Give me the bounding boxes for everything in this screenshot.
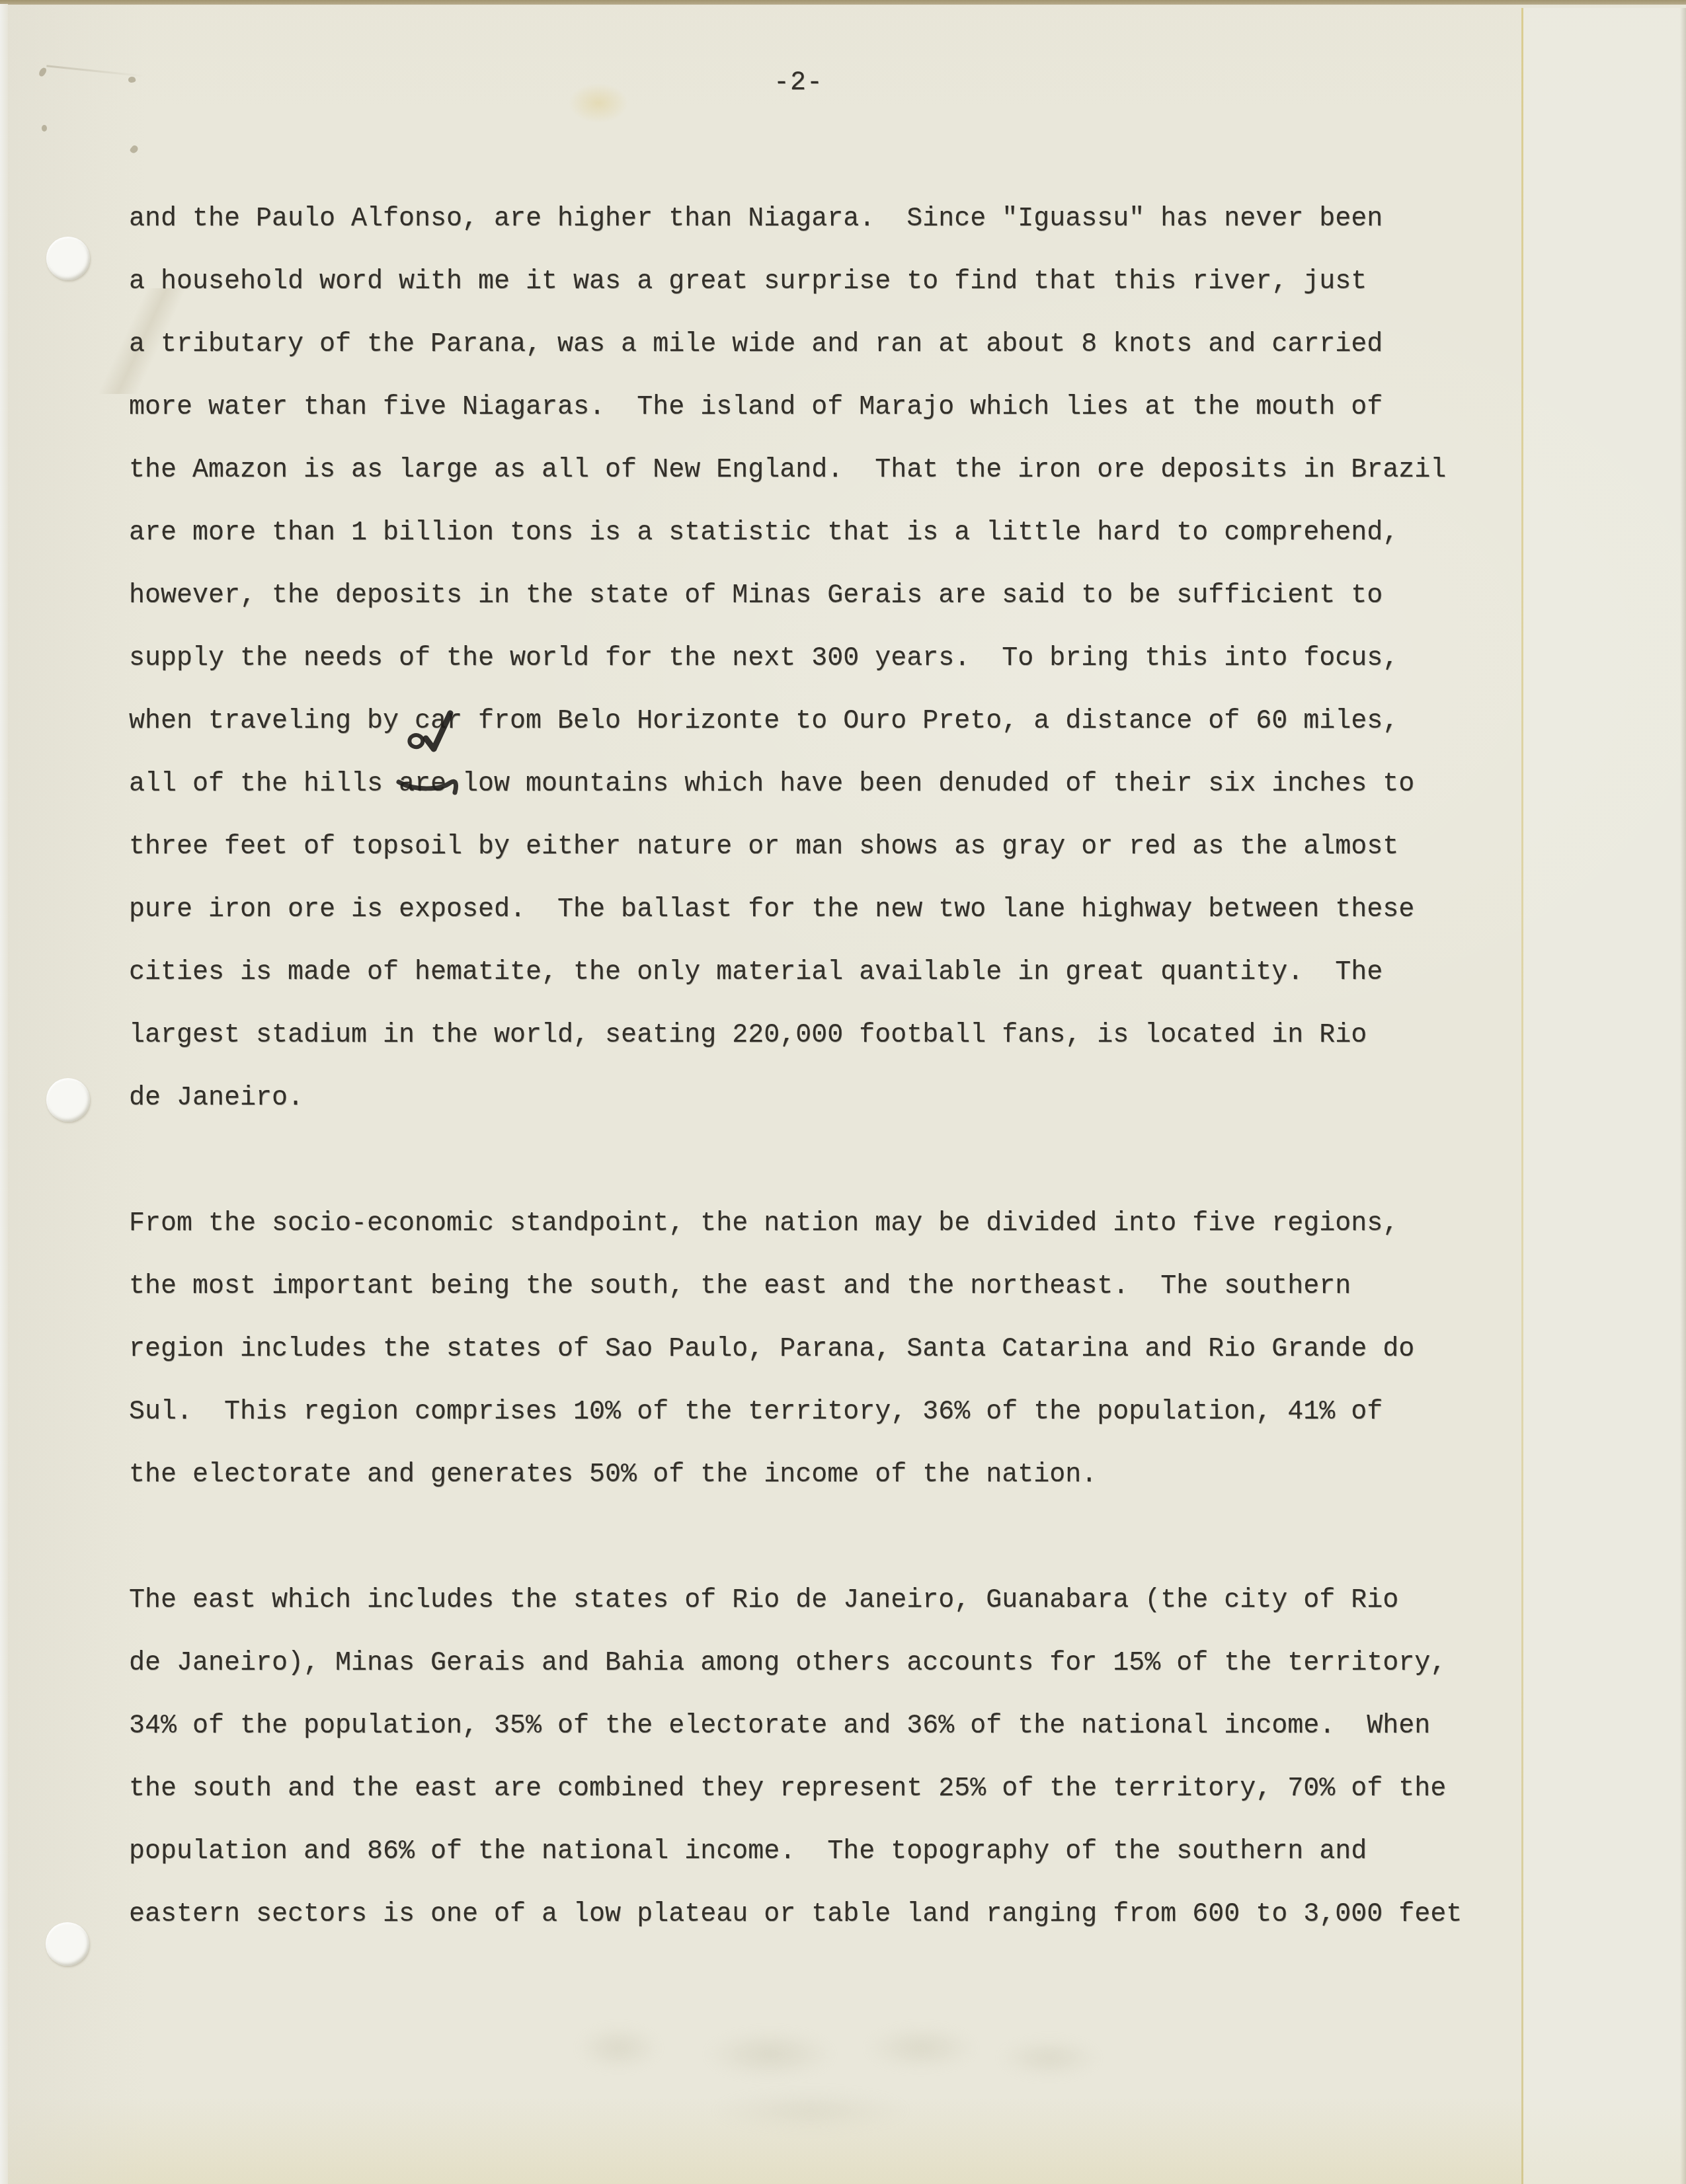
typed-line: cities is made of hematite, the only mat…: [129, 941, 1511, 1004]
typed-text-block: and the Paulo Alfonso, are higher than N…: [129, 188, 1511, 1946]
struck-typed-word: are: [399, 769, 446, 799]
typed-line: From the socio-economic standpoint, the …: [129, 1192, 1511, 1255]
punch-hole-middle: [46, 1078, 90, 1122]
typed-line: the electorate and generates 50% of the …: [129, 1444, 1511, 1506]
paper-speck: [42, 125, 47, 132]
line-segment: all of the hills: [129, 769, 399, 799]
scanner-edge-top: [0, 0, 1686, 5]
page-number: -2-: [774, 69, 823, 98]
paper-sheet: -2- and the Paulo Alfonso, are higher th…: [0, 4, 1686, 2184]
scanner-edge-left: [0, 4, 8, 2184]
scan-right-edge-shadow: [1680, 8, 1686, 2184]
typed-line: when traveling by car from Belo Horizont…: [129, 690, 1511, 753]
paragraph-2: From the socio-economic standpoint, the …: [129, 1192, 1511, 1506]
typed-line: supply the needs of the world for the ne…: [129, 627, 1511, 690]
line-segment: low mountains which have been denuded of…: [446, 769, 1414, 799]
typed-line: however, the deposits in the state of Mi…: [129, 565, 1511, 627]
paper-stain: [569, 83, 628, 123]
typed-line: a household word with me it was a great …: [129, 251, 1511, 313]
typed-line: largest stadium in the world, seating 22…: [129, 1004, 1511, 1067]
typed-line: the south and the east are combined they…: [129, 1758, 1511, 1820]
scanned-typewritten-page: { "page": { "number": "-2-" }, "body": {…: [0, 0, 1686, 2184]
typed-line: de Janeiro), Minas Gerais and Bahia amon…: [129, 1632, 1511, 1695]
typed-line: are more than 1 billion tons is a statis…: [129, 502, 1511, 565]
typed-line: 34% of the population, 35% of the electo…: [129, 1695, 1511, 1758]
typed-line: the Amazon is as large as all of New Eng…: [129, 439, 1511, 502]
typed-line: Sul. This region comprises 10% of the te…: [129, 1381, 1511, 1444]
typed-line: the most important being the south, the …: [129, 1255, 1511, 1318]
typed-line: pure iron ore is exposed. The ballast fo…: [129, 878, 1511, 941]
typed-line: de Janeiro.: [129, 1067, 1511, 1130]
typed-line-with-correction: all of the hills are low mountains which…: [129, 753, 1511, 816]
paper-speck: [128, 76, 136, 84]
bleed-through-ghost: [549, 2010, 1131, 2136]
paper-crease: [46, 65, 145, 77]
paper-speck: [129, 144, 139, 155]
paragraph-1: and the Paulo Alfonso, are higher than N…: [129, 188, 1511, 1130]
typed-line: a tributary of the Parana, was a mile wi…: [129, 313, 1511, 376]
typed-line: eastern sectors is one of a low plateau …: [129, 1883, 1511, 1946]
typed-line: population and 86% of the national incom…: [129, 1820, 1511, 1883]
typed-line: three feet of topsoil by either nature o…: [129, 816, 1511, 878]
paragraph-3: The east which includes the states of Ri…: [129, 1569, 1511, 1946]
corrected-word: are: [399, 753, 446, 816]
typed-line: more water than five Niagaras. The islan…: [129, 376, 1511, 439]
punch-hole-bottom: [46, 1922, 89, 1966]
punch-hole-top: [46, 237, 90, 280]
typed-line: The east which includes the states of Ri…: [129, 1569, 1511, 1632]
page-right-margin-area: [1523, 8, 1686, 2184]
paper-speck: [38, 67, 47, 77]
typed-line: region includes the states of Sao Paulo,…: [129, 1318, 1511, 1381]
typed-line: and the Paulo Alfonso, are higher than N…: [129, 188, 1511, 251]
